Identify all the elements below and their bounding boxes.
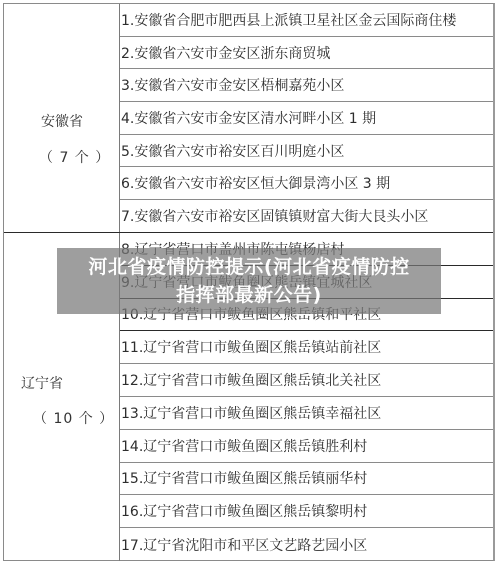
province-name: 安徽省 (41, 111, 83, 131)
table-row: 15.辽宁省营口市鲅鱼圈区熊岳镇丽华村 (120, 463, 493, 496)
table-row: 5.安徽省六安市裕安区百川明庭小区 (120, 135, 493, 168)
table-row: 7.安徽省六安市裕安区固镇镇财富大街大艮头小区 (120, 200, 493, 233)
overlay-title-line-1: 河北省疫情防控提示(河北省疫情防控 (88, 253, 409, 281)
table-row: 3.安徽省六安市金安区梧桐嘉苑小区 (120, 69, 493, 102)
table-row: 11.辽宁省营口市鲅鱼圈区熊岳镇站前社区 (120, 331, 493, 364)
table-row: 4.安徽省六安市金安区清水河畔小区 1 期 (120, 102, 493, 135)
area-list: 1.安徽省合肥市肥西县上派镇卫星社区金云国际商住楼 2.安徽省六安市金安区浙东商… (120, 4, 493, 232)
province-name: 辽宁省 (21, 373, 63, 393)
province-cell: 安徽省 （ 7 个 ） (4, 4, 120, 232)
title-overlay-banner: 河北省疫情防控提示(河北省疫情防控 指挥部最新公告) (57, 248, 441, 314)
province-group-anhui: 安徽省 （ 7 个 ） 1.安徽省合肥市肥西县上派镇卫星社区金云国际商住楼 2.… (4, 4, 493, 233)
province-count: （ 10 个 ） (33, 408, 114, 428)
table-row: 14.辽宁省营口市鲅鱼圈区熊岳镇胜利村 (120, 430, 493, 463)
table-row: 2.安徽省六安市金安区浙东商贸城 (120, 37, 493, 70)
table-row: 16.辽宁省营口市鲅鱼圈区熊岳镇黎明村 (120, 495, 493, 528)
province-count: （ 7 个 ） (39, 147, 110, 167)
table-row: 13.辽宁省营口市鲅鱼圈区熊岳镇幸福社区 (120, 397, 493, 430)
table-row: 1.安徽省合肥市肥西县上派镇卫星社区金云国际商住楼 (120, 4, 493, 37)
table-row: 12.辽宁省营口市鲅鱼圈区熊岳镇北关社区 (120, 364, 493, 397)
overlay-title-line-2: 指挥部最新公告) (176, 281, 322, 309)
table-row: 17.辽宁省沈阳市和平区文艺路艺园小区 (120, 528, 493, 561)
table-row: 6.安徽省六安市裕安区恒大御景湾小区 3 期 (120, 167, 493, 200)
